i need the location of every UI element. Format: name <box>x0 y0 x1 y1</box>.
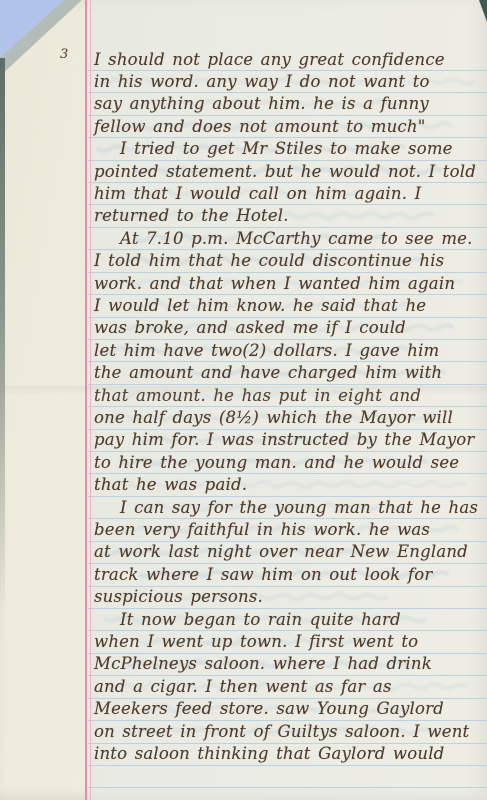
manuscript-line: I tried to get Mr Stiles to make some <box>94 137 485 159</box>
manuscript-line: on street in front of Guiltys saloon. I … <box>94 720 485 742</box>
manuscript-line: pay him for. I was instructed by the May… <box>94 428 485 450</box>
manuscript-line: one half days (8½) which the Mayor will <box>94 406 485 428</box>
manuscript-line: It now began to rain quite hard <box>94 608 485 630</box>
manuscript-line: I can say for the young man that he has <box>94 496 485 518</box>
manuscript-line: that he was paid. <box>94 473 485 495</box>
manuscript-lines: I should not place any great confidencei… <box>94 48 485 765</box>
manuscript-line: been very faithful in his work. he was <box>94 518 485 540</box>
page-left-edge <box>0 58 5 618</box>
manuscript-line: I told him that he could discontinue his <box>94 249 485 271</box>
manuscript-line: At 7.10 p.m. McCarthy came to see me. <box>94 227 485 249</box>
scanned-journal-photo: 3 I should not place any great confidenc… <box>0 0 487 800</box>
manuscript-line: returned to the Hotel. <box>94 204 485 226</box>
manuscript-line: at work last night over near New England <box>94 540 485 562</box>
manuscript-line: to hire the young man. and he would see <box>94 451 485 473</box>
manuscript-line: the amount and have charged him with <box>94 361 485 383</box>
manuscript-line: fellow and does not amount to much" <box>94 115 485 137</box>
fold-crease <box>0 386 487 404</box>
manuscript-line: pointed statement. but he would not. I t… <box>94 160 485 182</box>
manuscript-line: Meekers feed store. saw Young Gaylord <box>94 697 485 719</box>
manuscript-line: I should not place any great confidence <box>94 48 485 70</box>
manuscript-line: track where I saw him on out look for <box>94 563 485 585</box>
manuscript-line: was broke, and asked me if I could <box>94 316 485 338</box>
manuscript-line: say anything about him. he is a funny <box>94 92 485 114</box>
manuscript-line: and a cigar. I then went as far as <box>94 675 485 697</box>
page-number: 3 <box>60 47 68 62</box>
manuscript-line: work. and that when I wanted him again <box>94 272 485 294</box>
rule-line <box>88 765 487 766</box>
manuscript-line: when I went up town. I first went to <box>94 630 485 652</box>
manuscript-line: into saloon thinking that Gaylord would <box>94 742 485 764</box>
manuscript-line: I would let him know. he said that he <box>94 294 485 316</box>
manuscript-line: let him have two(2) dollars. I gave him <box>94 339 485 361</box>
manuscript-line: suspicious persons. <box>94 585 485 607</box>
rule-line <box>88 787 487 788</box>
manuscript-line: McPhelneys saloon. where I had drink <box>94 652 485 674</box>
manuscript-line: in his word. any way I do not want to <box>94 70 485 92</box>
notebook-page: 3 I should not place any great confidenc… <box>0 0 487 800</box>
manuscript-line: him that I would call on him again. I <box>94 182 485 204</box>
